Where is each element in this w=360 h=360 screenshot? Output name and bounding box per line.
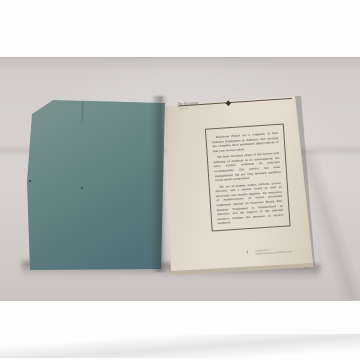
body-paragraph: Keystone Brand are a complete of Part In… [212,131,279,154]
page-number: 4 [246,251,248,255]
cover-crease [81,101,84,123]
diamond-ornament-icon [225,100,231,106]
cover-speck [29,180,31,182]
page-header-subline: New York [179,107,188,110]
booklet-cover-leaf [26,97,168,274]
imprint-block: COPYRIGHT 19 — AMERICAN BRAND EQUIPMENT … [255,248,293,256]
body-paragraph: We have invented plans of the newest par… [213,151,281,183]
photo-frame: The Keystone New York Keystone Brand are… [0,0,360,360]
cover-speck [81,187,83,189]
booklet-text-page: The Keystone New York Keystone Brand are… [158,88,322,290]
booklet-gutter-shadow [151,96,168,272]
page-footer: 4 COPYRIGHT 19 — AMERICAN BRAND EQUIPMEN… [246,248,293,256]
body-paragraph: We are in homes, trades, stations, power… [215,181,284,226]
cloth-fold [0,334,360,358]
page-content: The Keystone New York Keystone Brand are… [170,92,323,273]
body-text-box: Keystone Brand are a complete of Part In… [205,124,291,232]
